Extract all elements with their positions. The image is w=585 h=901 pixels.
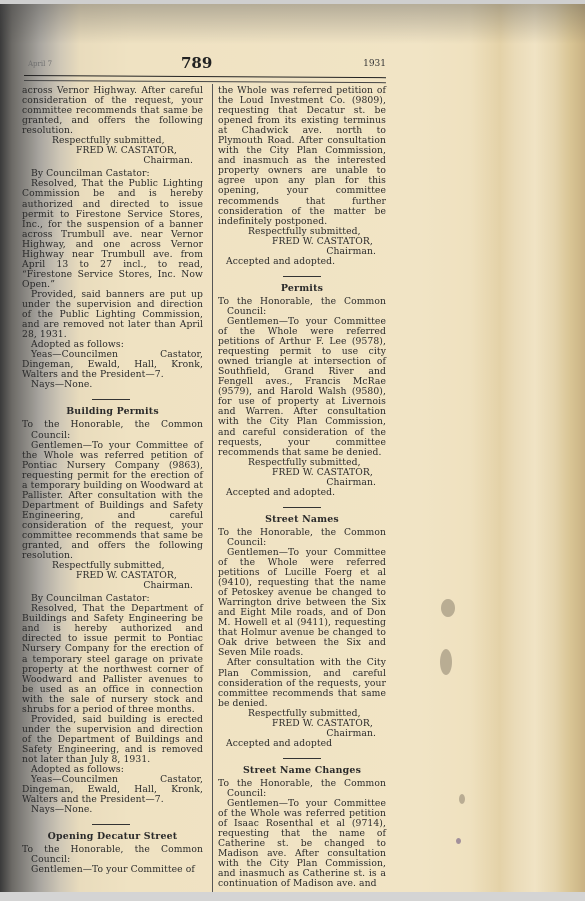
salutation: To the Honorable, the Common [22, 420, 203, 430]
book-page: April 7 789 1931 across Vernor Highway. … [0, 4, 585, 892]
signer-title: Chairman. [22, 156, 203, 166]
header-year: 1931 [363, 59, 386, 69]
section-heading: Street Names [218, 515, 386, 525]
accepted-and-adopted: Accepted and adopted. [218, 488, 386, 498]
page-number: 789 [181, 54, 212, 72]
section-heading: Opening Decatur Street [22, 832, 203, 842]
header-rule [24, 75, 386, 83]
section-heading: Permits [218, 284, 386, 294]
section-separator [283, 276, 321, 277]
section-heading: Building Permits [22, 407, 203, 417]
section-heading: Street Name Changes [218, 766, 386, 776]
paragraph: Gentlemen—To your Committee of the Whole… [218, 548, 386, 659]
page-header: April 7 789 1931 [24, 54, 386, 76]
yeas: Yeas—Councilmen Castator, Dingeman, Ewal… [22, 350, 203, 380]
header-date: April 7 [28, 60, 52, 68]
section-separator [283, 758, 321, 759]
paper-stain [456, 838, 461, 844]
section-separator [92, 399, 130, 400]
left-column: across Vernor Highway. After careful con… [22, 86, 203, 875]
paragraph: the Whole was referred petition of the L… [218, 86, 386, 227]
resolution: Resolved, That the Public Lighting Commi… [22, 179, 203, 290]
yeas: Yeas—Councilmen Castator, Dingeman, Ewal… [22, 775, 203, 805]
paragraph: Gentlemen—To your Committee of the Whole… [218, 317, 386, 458]
right-column: the Whole was referred petition of the L… [218, 86, 386, 889]
accepted-and-adopted: Accepted and adopted [218, 739, 386, 749]
scan-bottom-margin [0, 892, 585, 901]
proviso: Provided, said building is erected under… [22, 715, 203, 765]
paragraph: Gentlemen—To your Committee of the Whole… [218, 799, 386, 889]
nays: Nays—None. [22, 380, 203, 390]
paper-stain [440, 649, 452, 675]
paragraph: Gentlemen—To your Committee of [22, 865, 203, 875]
column-divider [212, 84, 213, 892]
proviso: Provided, said banners are put up under … [22, 290, 203, 340]
paragraph: Gentlemen—To your Committee of the Whole… [22, 441, 203, 562]
accepted-and-adopted: Accepted and adopted. [218, 257, 386, 267]
section-separator [283, 507, 321, 508]
signer-title: Chairman. [22, 581, 203, 591]
section-separator [92, 824, 130, 825]
paragraph: across Vernor Highway. After careful con… [22, 86, 203, 136]
paragraph: After consultation with the City Plan Co… [218, 658, 386, 708]
nays: Nays—None. [22, 805, 203, 815]
resolution: Resolved, That the Department of Buildin… [22, 604, 203, 715]
paper-stain [459, 794, 465, 804]
paper-stain [441, 599, 455, 617]
